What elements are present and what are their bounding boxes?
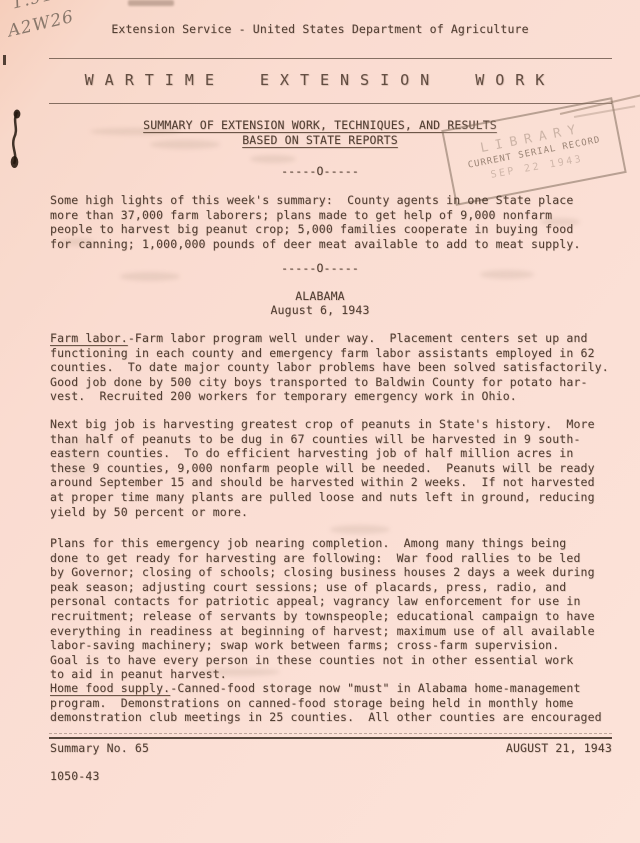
paper-smudge bbox=[60, 438, 100, 478]
paper-smudge bbox=[480, 270, 534, 279]
paper-smudge bbox=[90, 128, 180, 135]
agency-line: Extension Service - United States Depart… bbox=[0, 22, 640, 37]
weekly-summary-paragraph: Some high lights of this week's summary:… bbox=[50, 193, 602, 251]
paper-smudge bbox=[150, 140, 220, 149]
peanut-harvest-paragraph: Next big job is harvesting greatest crop… bbox=[50, 417, 602, 519]
paper-smudge bbox=[250, 155, 296, 163]
paper-smudge bbox=[330, 525, 390, 534]
divider-ornament-1: -----O----- bbox=[0, 164, 640, 179]
harvest-plans-paragraph: Plans for this emergency job nearing com… bbox=[50, 536, 602, 682]
library-stamp: LIBRARY CURRENT SERIAL RECORD SEP 22 194… bbox=[441, 97, 626, 206]
home-food-supply-heading: Home food supply. bbox=[50, 681, 170, 695]
paper-smudge bbox=[200, 668, 280, 676]
footer-issue-date: AUGUST 21, 1943 bbox=[50, 741, 612, 756]
footer-document-number: 1050-43 bbox=[50, 769, 100, 784]
state-report-date: August 6, 1943 bbox=[0, 303, 640, 318]
masthead-rule-top bbox=[49, 58, 612, 59]
paper-smudge bbox=[120, 272, 180, 281]
divider-ornament-2: -----O----- bbox=[0, 261, 640, 276]
ink-blot-mark bbox=[6, 108, 26, 172]
left-edge-ink-tick bbox=[3, 55, 6, 65]
paper-smudge bbox=[60, 238, 94, 246]
farm-labor-heading: Farm labor. bbox=[50, 331, 128, 345]
home-food-supply-paragraph: Home food supply.-Canned-food storage no… bbox=[50, 681, 602, 725]
masthead-title: WARTIME EXTENSION WORK bbox=[0, 73, 640, 88]
footer-rule bbox=[49, 733, 612, 739]
paper-smudge bbox=[540, 218, 580, 226]
farm-labor-text: -Farm labor program well under way. Plac… bbox=[50, 331, 609, 403]
top-edge-cutoff-fragment bbox=[128, 0, 174, 6]
masthead-rule-bottom bbox=[49, 103, 612, 104]
state-heading: ALABAMA bbox=[0, 289, 640, 304]
farm-labor-paragraph: Farm labor.-Farm labor program well unde… bbox=[50, 331, 602, 404]
scanned-document-page: 1.913 A2W26 Extension Service - United S… bbox=[0, 0, 640, 843]
